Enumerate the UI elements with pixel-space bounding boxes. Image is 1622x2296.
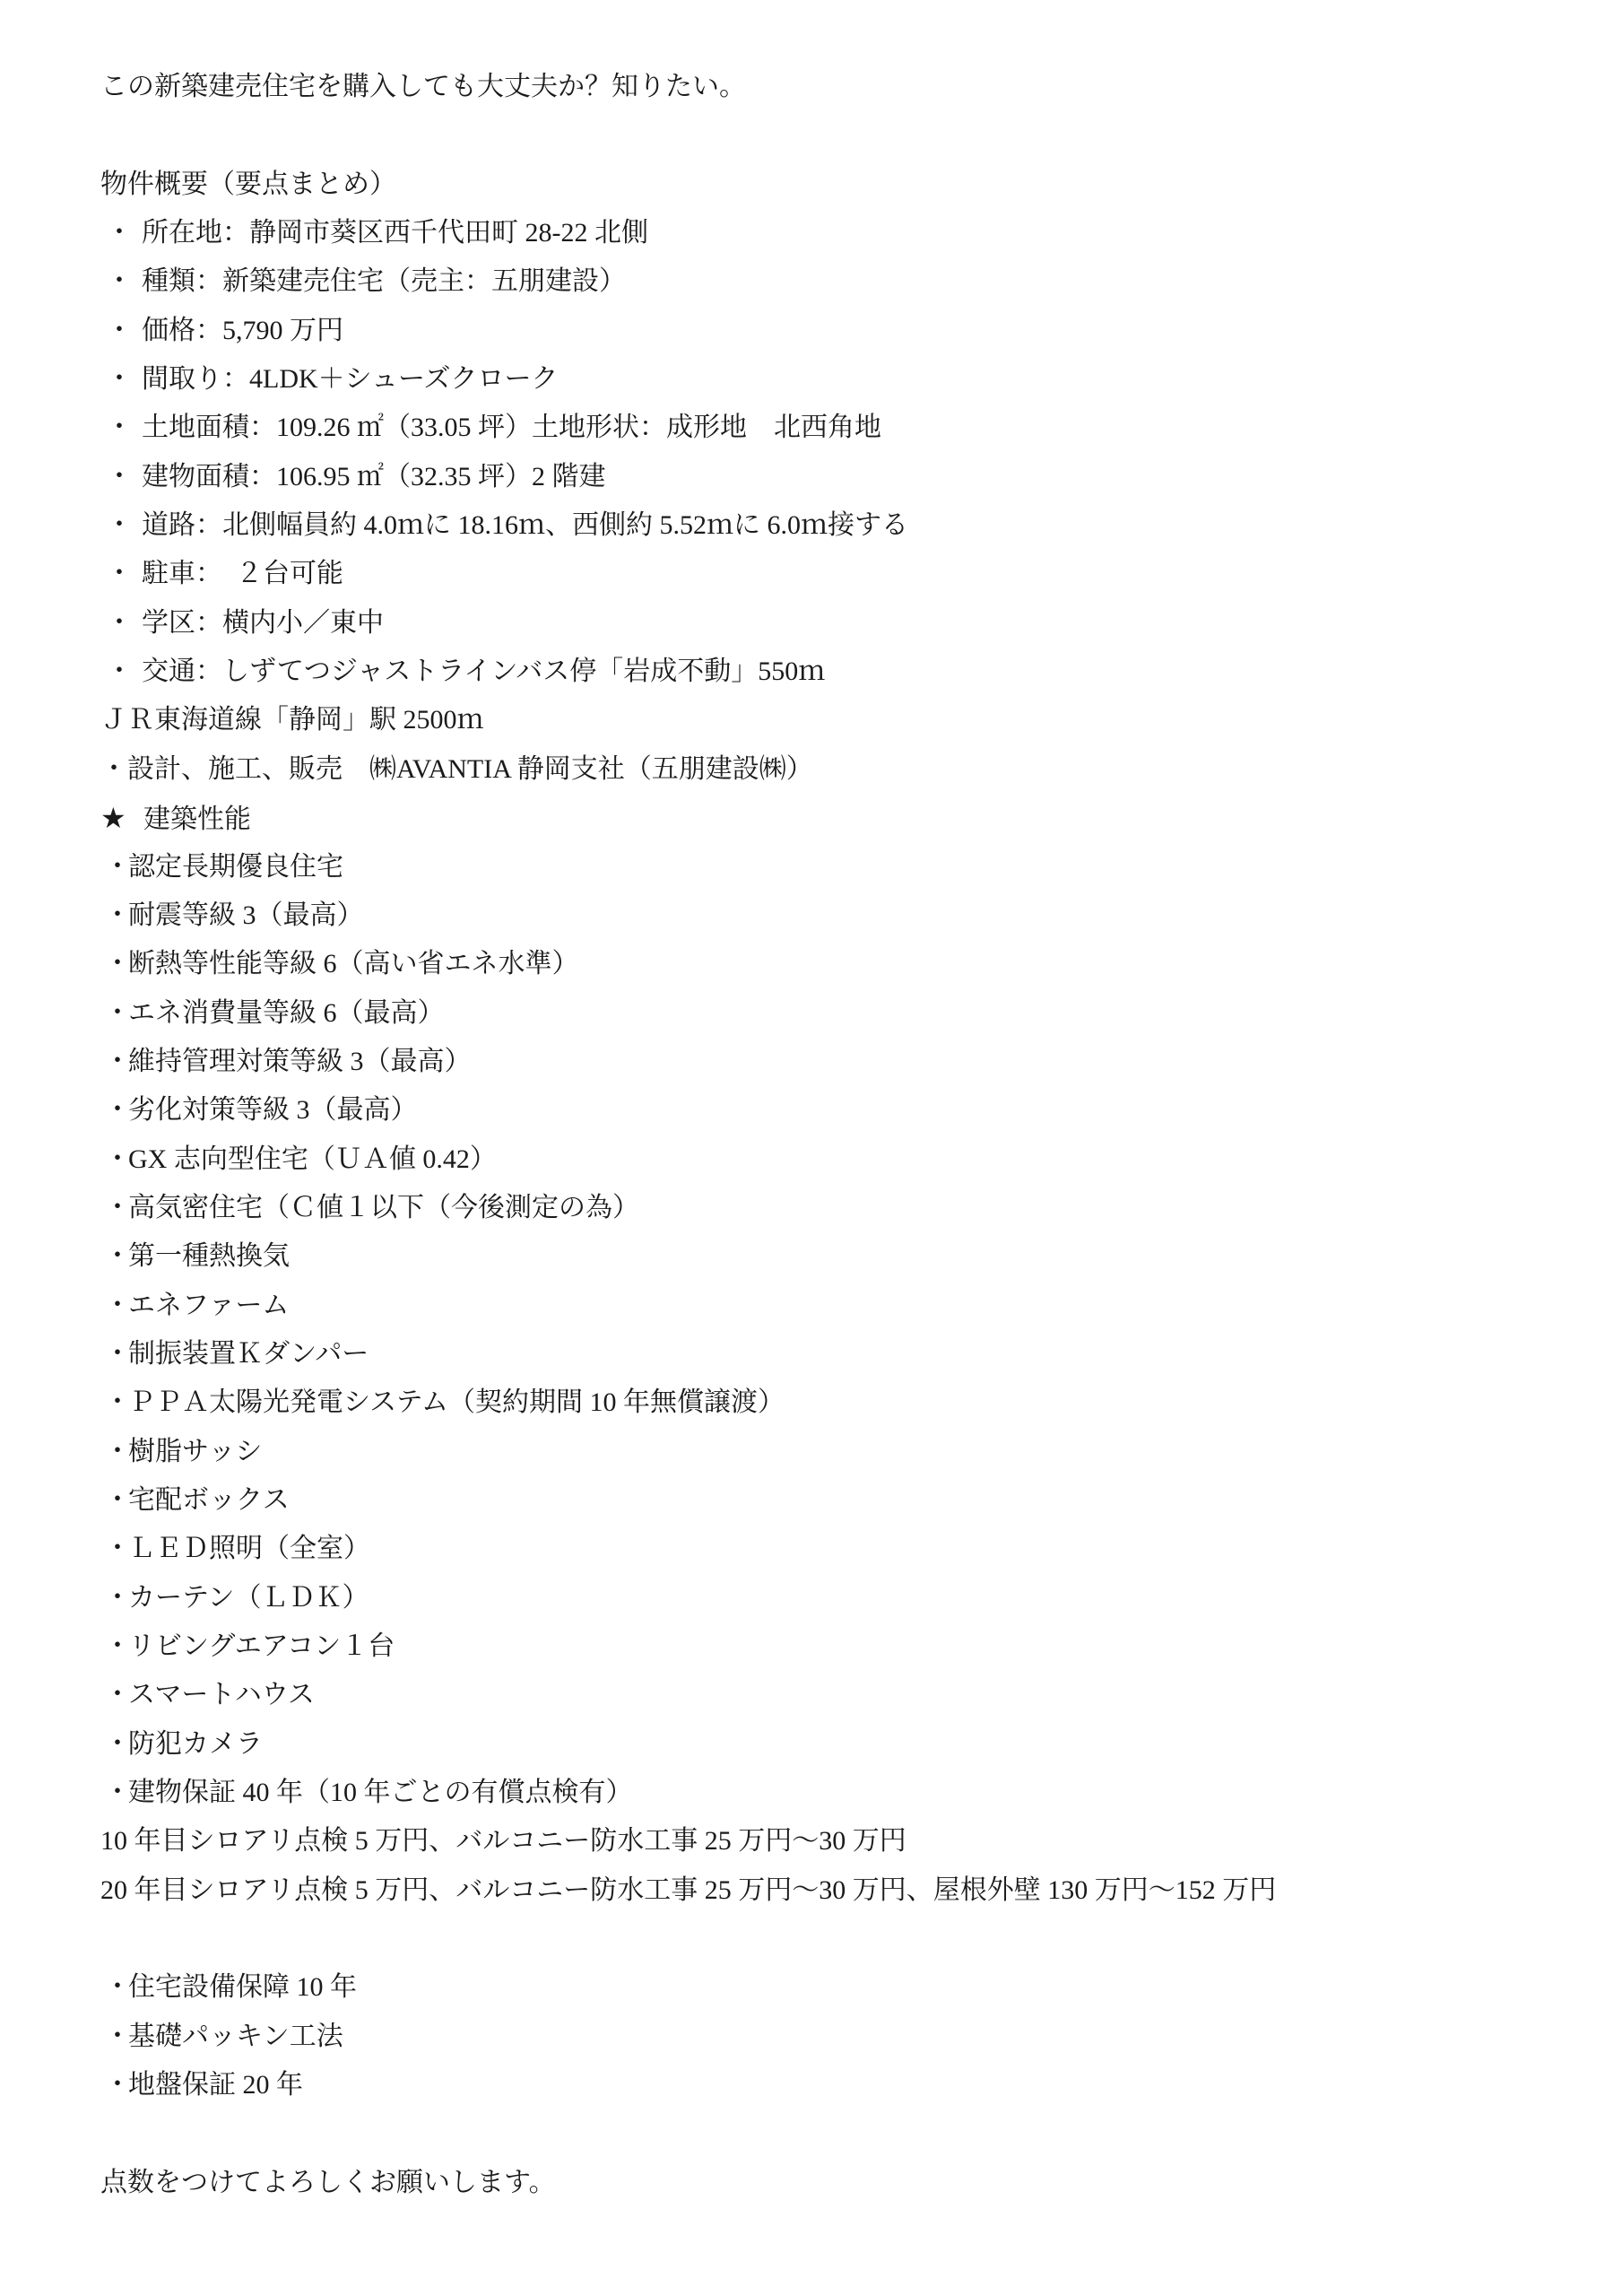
bullet-dot: ・ <box>100 599 142 648</box>
performance-item-text: GX 志向型住宅（ＵＡ値 0.42） <box>128 1144 497 1174</box>
bullet-dot: ・ <box>100 989 128 1038</box>
overview-item-parking: ・駐車： ２台可能 <box>100 550 1571 598</box>
performance-item-text: 防犯カメラ <box>128 1729 263 1759</box>
performance-item: ・防犯カメラ <box>100 1720 1571 1769</box>
performance-item: ・リビングエアコン１台 <box>100 1622 1571 1671</box>
builder-line: ・設計、施工、販売 ㈱AVANTIA 静岡支社（五朋建設㈱） <box>100 745 1571 794</box>
bullet-dot: ・ <box>100 1525 128 1573</box>
performance-item-text: 維持管理対策等級 3（最高） <box>128 1047 472 1076</box>
bullet-dot: ・ <box>100 1330 128 1378</box>
performance-item: ・エネ消費量等級 6（最高） <box>100 989 1571 1038</box>
overview-item-text: 価格：5,790 万円 <box>142 316 343 345</box>
blank-line <box>100 2109 1571 2158</box>
question-line: この新築建売住宅を購入しても大丈夫か？知りたい。 <box>100 63 1571 111</box>
star-icon: ★ <box>100 794 143 842</box>
performance-item: ・樹脂サッシ <box>100 1428 1571 1476</box>
overview-item-text: 土地面積：109.26 ㎡（33.05 坪）土地形状：成形地 北西角地 <box>142 413 881 442</box>
overview-item-text: 種類：新築建売住宅（売主：五朋建設） <box>142 266 626 296</box>
performance-item-warranty: ・建物保証 40 年（10 年ごとの有償点検有） <box>100 1769 1571 1817</box>
bullet-dot: ・ <box>100 2013 128 2061</box>
overview-item-text: 所在地：静岡市葵区西千代田町 28-22 北側 <box>142 218 648 248</box>
overview-item-layout: ・間取り：4LDK＋シューズクローク <box>100 355 1571 404</box>
bullet-dot: ・ <box>100 355 142 404</box>
overview-heading: 物件概要（要点まとめ） <box>100 161 1571 209</box>
performance-item: ・認定長期優良住宅 <box>100 843 1571 891</box>
bullet-dot: ・ <box>100 209 142 257</box>
closing-line: 点数をつけてよろしくお願いします。 <box>100 2159 1571 2207</box>
bullet-dot: ・ <box>100 1135 128 1184</box>
performance-item-text: スマートハウス <box>128 1680 315 1709</box>
bullet-dot: ・ <box>100 404 142 452</box>
performance-item-text: 耐震等級 3（最高） <box>128 900 364 930</box>
performance-item-text: 宅配ボックス <box>128 1485 290 1515</box>
bullet-dot: ・ <box>100 648 142 696</box>
performance-item-text: エネファーム <box>128 1291 289 1320</box>
performance-item-text: 高気密住宅（Ｃ値１以下（今後測定の為） <box>128 1193 639 1222</box>
warranty-item: ・地盤保証 20 年 <box>100 2061 1571 2109</box>
warranty-item-text: 住宅設備保障 10 年 <box>128 1972 357 2002</box>
performance-item: ・高気密住宅（Ｃ値１以下（今後測定の為） <box>100 1184 1571 1232</box>
performance-item-text: 劣化対策等級 3（最高） <box>128 1095 418 1125</box>
bullet-dot: ・ <box>100 1476 128 1525</box>
bullet-dot: ・ <box>100 1671 128 1719</box>
performance-item-text: 樹脂サッシ <box>128 1437 262 1466</box>
performance-item: ・制振装置Ｋダンパー <box>100 1330 1571 1378</box>
bullet-dot: ・ <box>100 940 128 988</box>
bullet-dot: ・ <box>100 891 128 940</box>
performance-item-text: カーテン（ＬＤＫ） <box>128 1583 369 1613</box>
bullet-dot: ・ <box>100 257 142 306</box>
performance-item-text: 制振装置Ｋダンパー <box>128 1339 369 1369</box>
performance-item: ・ＬＥＤ照明（全室） <box>100 1525 1571 1573</box>
bullet-dot: ・ <box>100 1574 128 1622</box>
performance-item-text: エネ消費量等級 6（最高） <box>128 998 445 1028</box>
bullet-dot: ・ <box>100 307 142 355</box>
performance-item-text: リビングエアコン１台 <box>128 1631 395 1661</box>
bullet-dot: ・ <box>100 1769 128 1817</box>
performance-item: ・ＰＰＡ太陽光発電システム（契約期間 10 年無償譲渡） <box>100 1378 1571 1427</box>
bullet-dot: ・ <box>100 1428 128 1476</box>
overview-item-land-area: ・土地面積：109.26 ㎡（33.05 坪）土地形状：成形地 北西角地 <box>100 404 1571 452</box>
performance-heading-text: 建築性能 <box>143 804 251 834</box>
bullet-dot: ・ <box>100 1378 128 1427</box>
bullet-dot: ・ <box>100 501 142 550</box>
document-body: この新築建売住宅を購入しても大丈夫か？知りたい。 物件概要（要点まとめ） ・所在… <box>100 63 1571 2207</box>
warranty-item-text: 地盤保証 20 年 <box>128 2070 303 2100</box>
bullet-dot: ・ <box>100 1184 128 1232</box>
bullet-dot: ・ <box>100 1086 128 1135</box>
performance-item: ・第一種熱換気 <box>100 1232 1571 1281</box>
bullet-dot: ・ <box>100 550 142 598</box>
bullet-dot: ・ <box>100 843 128 891</box>
overview-item-transit: ・交通：しずてつジャストラインバス停「岩成不動」550ｍ <box>100 648 1571 696</box>
overview-item-school-district: ・学区：横内小／東中 <box>100 599 1571 648</box>
bullet-dot: ・ <box>100 1963 128 2012</box>
performance-item-text: ＬＥＤ照明（全室） <box>128 1534 370 1563</box>
performance-item: ・カーテン（ＬＤＫ） <box>100 1574 1571 1622</box>
performance-item: ・劣化対策等級 3（最高） <box>100 1086 1571 1135</box>
bullet-dot: ・ <box>100 2061 128 2109</box>
performance-item-text: 断熱等性能等級 6（高い省エネ水準） <box>128 949 579 978</box>
bullet-dot: ・ <box>100 1282 128 1330</box>
overview-item-text: 間取り：4LDK＋シューズクローク <box>142 364 559 394</box>
overview-item-text: 駐車： ２台可能 <box>142 559 343 588</box>
performance-item: ・宅配ボックス <box>100 1476 1571 1525</box>
overview-item-type: ・種類：新築建売住宅（売主：五朋建設） <box>100 257 1571 306</box>
maintenance-note-10yr: 10 年目シロアリ点検 5 万円、バルコニー防水工事 25 万円～30 万円 <box>100 1817 1571 1865</box>
bullet-dot: ・ <box>100 1720 128 1769</box>
bullet-dot: ・ <box>100 1232 128 1281</box>
overview-item-text: 建物面積：106.95 ㎡（32.35 坪）2 階建 <box>142 462 606 491</box>
performance-item-text: 建物保証 40 年（10 年ごとの有償点検有） <box>128 1778 633 1807</box>
performance-item: ・エネファーム <box>100 1282 1571 1330</box>
blank-line <box>100 1915 1571 1963</box>
warranty-item: ・住宅設備保障 10 年 <box>100 1963 1571 2012</box>
overview-item-price: ・価格：5,790 万円 <box>100 307 1571 355</box>
performance-item: ・スマートハウス <box>100 1671 1571 1719</box>
bullet-dot: ・ <box>100 1038 128 1086</box>
overview-item-text: 交通：しずてつジャストラインバス停「岩成不動」550ｍ <box>142 657 825 686</box>
bullet-dot: ・ <box>100 453 142 501</box>
performance-item: ・耐震等級 3（最高） <box>100 891 1571 940</box>
overview-item-building-area: ・建物面積：106.95 ㎡（32.35 坪）2 階建 <box>100 453 1571 501</box>
overview-item-text: 学区：横内小／東中 <box>142 608 384 638</box>
warranty-item: ・基礎パッキン工法 <box>100 2013 1571 2061</box>
performance-item-text: 第一種熱換気 <box>128 1241 290 1271</box>
performance-heading: ★建築性能 <box>100 794 1571 842</box>
performance-item: ・維持管理対策等級 3（最高） <box>100 1038 1571 1086</box>
performance-item: ・断熱等性能等級 6（高い省エネ水準） <box>100 940 1571 988</box>
blank-line <box>100 111 1571 160</box>
overview-item-road: ・道路：北側幅員約 4.0ｍに 18.16ｍ、西側約 5.52ｍに 6.0ｍ接す… <box>100 501 1571 550</box>
bullet-dot: ・ <box>100 1622 128 1671</box>
maintenance-note-20yr: 20 年目シロアリ点検 5 万円、バルコニー防水工事 25 万円～30 万円、屋… <box>100 1866 1571 1915</box>
overview-item-location: ・所在地：静岡市葵区西千代田町 28-22 北側 <box>100 209 1571 257</box>
performance-item: ・GX 志向型住宅（ＵＡ値 0.42） <box>100 1135 1571 1184</box>
overview-item-text: 道路：北側幅員約 4.0ｍに 18.16ｍ、西側約 5.52ｍに 6.0ｍ接する <box>142 510 908 540</box>
warranty-item-text: 基礎パッキン工法 <box>128 2022 343 2051</box>
performance-item-text: ＰＰＡ太陽光発電システム（契約期間 10 年無償譲渡） <box>128 1387 785 1417</box>
transit-continuation: ＪＲ東海道線「静岡」駅 2500ｍ <box>100 696 1571 744</box>
performance-item-text: 認定長期優良住宅 <box>128 852 343 882</box>
